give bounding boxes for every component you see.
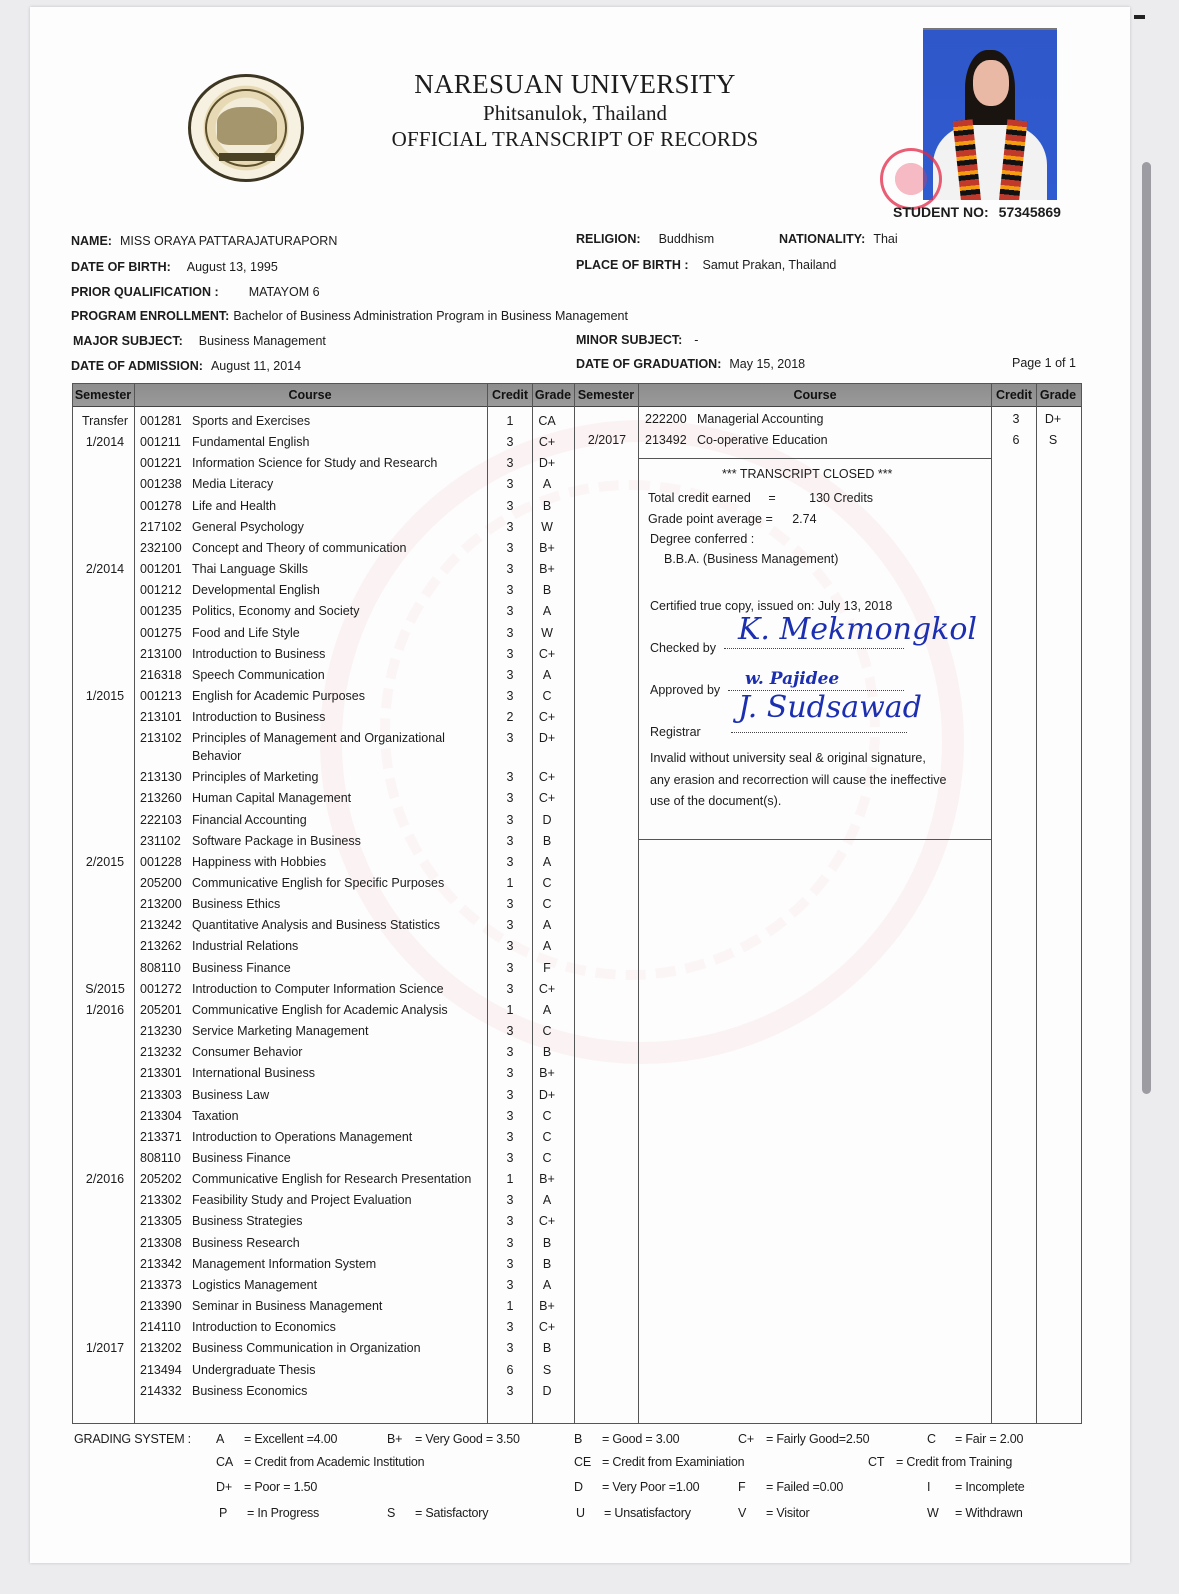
row-course-name: International Business [192,1063,315,1084]
row-course-code: 001275 [140,623,182,644]
row-course-name: Communicative English for Academic Analy… [192,1000,448,1021]
table-row: 217102General Psychology3W [72,517,572,538]
row-course-code: 001278 [140,496,182,517]
row-course-code: 001201 [140,559,182,580]
row-credit: 3 [500,831,520,852]
row-grade: D+ [527,1085,567,1106]
grade-code: D [574,1480,602,1494]
row-course-name: Politics, Economy and Society [192,601,359,622]
row-grade: C [527,1127,567,1148]
student-photo [923,28,1057,200]
row-grade: C [527,1148,567,1169]
grade-legend-item: S= Satisfactory [387,1506,488,1520]
table-row: 214110Introduction to Economics3C+ [72,1317,572,1338]
approved-by-signature: w. Pajidee [745,669,839,689]
row-credit: 3 [500,517,520,538]
table-row: 2/2015001228Happiness with Hobbies3A [72,852,572,873]
row-credit: 3 [500,623,520,644]
row-course-name: Business Strategies [192,1211,302,1232]
row-course-code: 213100 [140,644,182,665]
grade-legend-item: A= Excellent =4.00 [216,1432,337,1446]
registrar-signature: J. Sudsawad [738,690,922,725]
row-course-code: 214332 [140,1381,182,1402]
row-course-code: 213101 [140,707,182,728]
value: August 11, 2014 [211,359,301,373]
row-course-name: General Psychology [192,517,304,538]
table-row: 001235Politics, Economy and Society3A [72,601,572,622]
table-row: 1/2016205201Communicative English for Ac… [72,1000,572,1021]
row-course-code: 205202 [140,1169,182,1190]
row-semester: S/2015 [72,979,138,1000]
row-grade: C [527,686,567,707]
grade-meaning: = Good = 3.00 [602,1432,679,1446]
row-course-name: Introduction to Business [192,707,325,728]
row-course-code: 001221 [140,453,182,474]
header-semester: Semester [73,384,133,406]
row-grade: B [527,1042,567,1063]
row-course-code: 213303 [140,1085,182,1106]
table-row: 205200Communicative English for Specific… [72,873,572,894]
table-row: 2/2014001201Thai Language Skills3B+ [72,559,572,580]
minor-subject: MINOR SUBJECT:- [576,333,698,347]
row-course-name-cont: Behavior [192,746,241,767]
value: August 13, 1995 [187,260,278,274]
value: Bachelor of Business Administration Prog… [233,309,628,323]
row-course-name: Media Literacy [192,474,273,495]
row-grade: B [527,580,567,601]
student-number-label: STUDENT NO: [893,204,989,220]
row-semester: 1/2014 [72,432,138,453]
row-course-name: Communicative English for Research Prese… [192,1169,471,1190]
row-course-code: 808110 [140,1148,181,1169]
grade-meaning: = Credit from Academic Institution [244,1455,424,1469]
grade-meaning: = Credit from Examiniation [602,1455,744,1469]
degree-label: Degree conferred : [650,532,754,546]
row-course-code: 213308 [140,1233,182,1254]
row-course-name: Quantitative Analysis and Business Stati… [192,915,440,936]
row-course-name: Financial Accounting [192,810,307,831]
grade-legend-item: B+= Very Good = 3.50 [387,1432,520,1446]
value: MATAYOM 6 [249,285,320,299]
grade-legend-item: I= Incomplete [927,1480,1025,1494]
row-credit: 1 [500,1296,520,1317]
row-grade: CA [527,411,567,432]
row-grade: B [527,831,567,852]
row-credit: 3 [500,474,520,495]
row-credit: 3 [500,665,520,686]
table-row: 2/2017213492Co-operative Education6S [575,430,1075,451]
table-row: 1/2015001213English for Academic Purpose… [72,686,572,707]
label: PROGRAM ENROLLMENT: [71,309,229,323]
grade-legend-item: B= Good = 3.00 [574,1432,679,1446]
row-credit: 3 [500,1233,520,1254]
row-course-name: Business Ethics [192,894,280,915]
table-row: 213230Service Marketing Management3C [72,1021,572,1042]
row-credit: 1 [500,873,520,894]
grade-code: B+ [387,1432,415,1446]
row-credit: 3 [500,894,520,915]
row-credit: 3 [500,810,520,831]
religion: RELIGION:Buddhism [576,232,714,246]
row-course-code: 231102 [140,831,181,852]
table-row: 2/2016205202Communicative English for Re… [72,1169,572,1190]
date-of-admission: DATE OF ADMISSION:August 11, 2014 [71,359,301,373]
table-row: Transfer001281Sports and Exercises1CA [72,411,572,432]
header-grade-2: Grade [1037,384,1079,406]
row-credit: 3 [500,1211,520,1232]
table-row: 213200Business Ethics3C [72,894,572,915]
row-course-code: 213492 [645,430,687,451]
grade-meaning: = In Progress [247,1506,319,1520]
row-grade: C+ [527,979,567,1000]
student-number: STUDENT NO:57345869 [893,204,1061,220]
row-grade: A [527,1190,567,1211]
value: Samut Prakan, Thailand [703,258,837,272]
label: DATE OF ADMISSION: [71,359,203,373]
checked-by-signature: K. Mekmongkol [738,612,977,647]
row-course-name: Managerial Accounting [697,409,823,430]
gpa: Grade point average = 2.74 [648,512,817,526]
table-row: 001238Media Literacy3A [72,474,572,495]
table-row: 213262Industrial Relations3A [72,936,572,957]
row-credit: 3 [500,580,520,601]
value: MISS ORAYA PATTARAJATURAPORN [120,234,337,248]
label: MAJOR SUBJECT: [73,334,183,348]
row-credit: 6 [1006,430,1026,451]
header-credit-2: Credit [992,384,1036,406]
table-row: 213308Business Research3B [72,1233,572,1254]
row-course-name: Sports and Exercises [192,411,310,432]
row-semester: 2/2014 [72,559,138,580]
value: 130 Credits [809,491,873,505]
row-semester: 2/2015 [72,852,138,873]
row-grade: B+ [527,538,567,559]
row-grade: B+ [527,559,567,580]
notice-line-1: Invalid without university seal & origin… [650,751,926,765]
row-grade: B [527,1338,567,1359]
row-grade: A [527,936,567,957]
value: Buddhism [659,232,715,246]
row-grade: A [527,1000,567,1021]
label: DATE OF GRADUATION: [576,357,721,371]
row-course-code: 001235 [140,601,182,622]
row-course-name: Business Law [192,1085,269,1106]
row-course-code: 205201 [140,1000,182,1021]
row-grade: A [527,601,567,622]
row-course-name: Co-operative Education [697,430,828,451]
nationality: NATIONALITY:Thai [779,232,898,246]
value: Thai [873,232,897,246]
certified-copy: Certified true copy, issued on: July 13,… [650,599,892,613]
vertical-scrollbar[interactable] [1142,162,1151,1094]
label: NAME: [71,234,112,248]
row-credit: 3 [500,559,520,580]
row-course-code: 217102 [140,517,182,538]
row-course-code: 213342 [140,1254,182,1275]
grade-code: V [738,1506,766,1520]
row-credit: 3 [500,1338,520,1359]
row-course-code: 213373 [140,1275,182,1296]
row-credit: 3 [500,1085,520,1106]
row-grade: C [527,1021,567,1042]
row-grade: A [527,1275,567,1296]
table-row: 213100Introduction to Business3C+ [72,644,572,665]
row-grade: W [527,623,567,644]
row-course-name: Business Research [192,1233,300,1254]
row-credit: 3 [500,979,520,1000]
row-course-name: Information Science for Study and Resear… [192,453,437,474]
grading-system-label: GRADING SYSTEM : [74,1432,191,1446]
row-grade: B+ [527,1296,567,1317]
header-course: Course [135,384,485,406]
row-grade: C+ [527,432,567,453]
row-semester: 1/2015 [72,686,138,707]
row-course-code: 001213 [140,686,182,707]
row-credit: 3 [500,1317,520,1338]
row-course-name: Business Finance [192,958,291,979]
student-name: NAME:MISS ORAYA PATTARAJATURAPORN [71,234,337,248]
degree-conferred: B.B.A. (Business Management) [664,552,838,566]
row-credit: 3 [500,1063,520,1084]
value: 2.74 [792,512,816,526]
row-grade: A [527,474,567,495]
row-course-name: Thai Language Skills [192,559,308,580]
university-name: NARESUAN UNIVERSITY [360,68,790,100]
row-course-code: 001228 [140,852,182,873]
row-grade: C+ [527,644,567,665]
grade-code: A [216,1432,244,1446]
row-course-code: 213301 [140,1063,182,1084]
row-course-name: Management Information System [192,1254,376,1275]
row-credit: 3 [500,767,520,788]
row-grade: B+ [527,1063,567,1084]
row-credit: 2 [500,707,520,728]
row-course-code: 214110 [140,1317,181,1338]
row-course-name: Introduction to Business [192,644,325,665]
table-header: Semester Course Credit Grade Semester Co… [73,384,1081,407]
row-credit: 3 [500,936,520,957]
table-row: 001278Life and Health3B [72,496,572,517]
grade-meaning: = Excellent =4.00 [244,1432,337,1446]
table-row: 213373Logistics Management3A [72,1275,572,1296]
header-grade: Grade [533,384,573,406]
label: PLACE OF BIRTH : [576,258,689,272]
row-course-name: Speech Communication [192,665,325,686]
row-credit: 1 [500,1169,520,1190]
grade-code: CE [574,1455,602,1469]
grade-legend-item: CA= Credit from Academic Institution [216,1455,424,1469]
row-course-code: 001211 [140,432,181,453]
row-course-name: Service Marketing Management [192,1021,368,1042]
row-credit: 3 [500,1148,520,1169]
grade-meaning: = Fair = 2.00 [955,1432,1023,1446]
row-course-code: 001272 [140,979,182,1000]
major-subject: MAJOR SUBJECT:Business Management [73,334,326,348]
row-course-code: 808110 [140,958,181,979]
table-row: 808110Business Finance3C [72,1148,572,1169]
table-row: 1/2014001211Fundamental English3C+ [72,432,572,453]
row-grade: C [527,894,567,915]
row-semester: 2/2017 [575,430,639,451]
row-credit: 3 [500,1190,520,1211]
grade-legend-item: C+= Fairly Good=2.50 [738,1432,869,1446]
row-credit: 3 [500,601,520,622]
grade-meaning: = Fairly Good=2.50 [766,1432,869,1446]
row-course-name: Happiness with Hobbies [192,852,326,873]
table-row: 001212Developmental English3B [72,580,572,601]
header-credit: Credit [488,384,532,406]
table-row: 213232Consumer Behavior3B [72,1042,572,1063]
place-of-birth: PLACE OF BIRTH :Samut Prakan, Thailand [576,258,836,272]
row-course-name: Introduction to Computer Information Sci… [192,979,444,1000]
row-course-name: Software Package in Business [192,831,361,852]
grade-meaning: = Withdrawn [955,1506,1023,1520]
row-course-name: Life and Health [192,496,276,517]
row-course-code: 001281 [140,411,182,432]
grade-legend-item: U= Unsatisfactory [576,1506,691,1520]
row-credit: 3 [500,1381,520,1402]
table-row: 213302Feasibility Study and Project Eval… [72,1190,572,1211]
table-row: 222103Financial Accounting3D [72,810,572,831]
row-credit: 3 [1006,409,1026,430]
row-course-name: Business Finance [192,1148,291,1169]
page-indicator: Page 1 of 1 [1012,356,1076,370]
table-row: 213371Introduction to Operations Managem… [72,1127,572,1148]
row-grade: C+ [527,767,567,788]
label: Total credit earned [648,491,751,505]
grade-legend-item: F= Failed =0.00 [738,1480,843,1494]
row-credit: 3 [500,1127,520,1148]
grade-meaning: = Credit from Training [896,1455,1012,1469]
table-row: 213342Management Information System3B [72,1254,572,1275]
table-row: 213390Seminar in Business Management1B+ [72,1296,572,1317]
row-grade: B+ [527,1169,567,1190]
row-course-name: Human Capital Management [192,788,351,809]
label: NATIONALITY: [779,232,865,246]
grade-code: D+ [216,1480,244,1494]
row-grade: C+ [527,1211,567,1232]
row-grade: A [527,665,567,686]
value: Business Management [199,334,326,348]
row-course-code: 222200 [645,409,687,430]
label: Grade point average = [648,512,773,526]
row-course-name: Introduction to Economics [192,1317,336,1338]
grade-legend-item: P= In Progress [219,1506,319,1520]
row-course-code: 213302 [140,1190,182,1211]
row-course-code: 213230 [140,1021,182,1042]
table-row: 213130Principles of Marketing3C+ [72,767,572,788]
table-row: 216318Speech Communication3A [72,665,572,686]
row-course-code: 213305 [140,1211,182,1232]
row-grade: D [527,810,567,831]
row-course-code: 232100 [140,538,182,559]
row-credit: 3 [500,432,520,453]
row-course-name: Consumer Behavior [192,1042,302,1063]
prior-qualification: PRIOR QUALIFICATION :MATAYOM 6 [71,285,320,299]
grade-code: I [927,1480,955,1494]
registrar: Registrar [650,725,907,739]
table-row: 213304Taxation3C [72,1106,572,1127]
table-row-continuation: Behavior [72,746,572,767]
row-credit: 3 [500,852,520,873]
grade-code: C [927,1432,955,1446]
grade-code: S [387,1506,415,1520]
label: DATE OF BIRTH: [71,260,171,274]
row-grade: S [527,1360,567,1381]
window-minimize-mark [1134,15,1145,19]
row-course-name: Developmental English [192,580,320,601]
table-row: 213101Introduction to Business2C+ [72,707,572,728]
date-of-graduation: DATE OF GRADUATION:May 15, 2018 [576,357,805,371]
row-course-code: 222103 [140,810,182,831]
row-course-name: Undergraduate Thesis [192,1360,315,1381]
grade-code: W [927,1506,955,1520]
row-credit: 3 [500,1275,520,1296]
row-grade: A [527,852,567,873]
label: Checked by [650,641,716,655]
row-course-code: 213202 [140,1338,182,1359]
table-row: 213242Quantitative Analysis and Business… [72,915,572,936]
row-course-name: Communicative English for Specific Purpo… [192,873,444,894]
table-row: 213301International Business3B+ [72,1063,572,1084]
row-semester: 1/2016 [72,1000,138,1021]
notice-line-3: use of the document(s). [650,794,781,808]
row-credit: 3 [500,686,520,707]
row-semester: Transfer [72,411,138,432]
row-course-code: 213242 [140,915,182,936]
row-grade: B [527,1254,567,1275]
row-credit: 3 [500,1042,520,1063]
table-row: 232100Concept and Theory of communicatio… [72,538,572,559]
grade-legend-item: C= Fair = 2.00 [927,1432,1023,1446]
value: May 15, 2018 [729,357,805,371]
row-grade: C+ [527,707,567,728]
table-row: 1/2017213202Business Communication in Or… [72,1338,572,1359]
row-course-code: 213260 [140,788,182,809]
grade-legend-item: CT= Credit from Training [868,1455,1012,1469]
grade-code: CA [216,1455,244,1469]
label: PRIOR QUALIFICATION : [71,285,219,299]
row-credit: 3 [500,915,520,936]
grade-legend-item: CE= Credit from Examiniation [574,1455,744,1469]
transcript-closed: *** TRANSCRIPT CLOSED *** [722,467,892,481]
grade-code: P [219,1506,247,1520]
row-credit: 3 [500,538,520,559]
row-grade: C+ [527,1317,567,1338]
row-course-name: Principles of Marketing [192,767,318,788]
row-course-code: 213232 [140,1042,182,1063]
row-course-name: Fundamental English [192,432,309,453]
document-title: OFFICIAL TRANSCRIPT OF RECORDS [360,126,790,153]
grade-meaning: = Failed =0.00 [766,1480,843,1494]
row-grade: C [527,873,567,894]
row-grade: B [527,496,567,517]
row-course-name: Concept and Theory of communication [192,538,406,559]
grade-legend-item: D= Very Poor =1.00 [574,1480,699,1494]
row-course-code: 213371 [140,1127,182,1148]
row-course-code: 216318 [140,665,182,686]
university-location: Phitsanulok, Thailand [360,100,790,126]
program-enrollment: PROGRAM ENROLLMENT:Bachelor of Business … [71,309,628,323]
row-course-code: 213262 [140,936,182,957]
row-grade: A [527,915,567,936]
value: - [694,333,698,347]
row-grade: D+ [1033,409,1073,430]
row-course-code: 205200 [140,873,182,894]
row-course-name: Taxation [192,1106,239,1127]
grade-code: CT [868,1455,896,1469]
label: MINOR SUBJECT: [576,333,682,347]
